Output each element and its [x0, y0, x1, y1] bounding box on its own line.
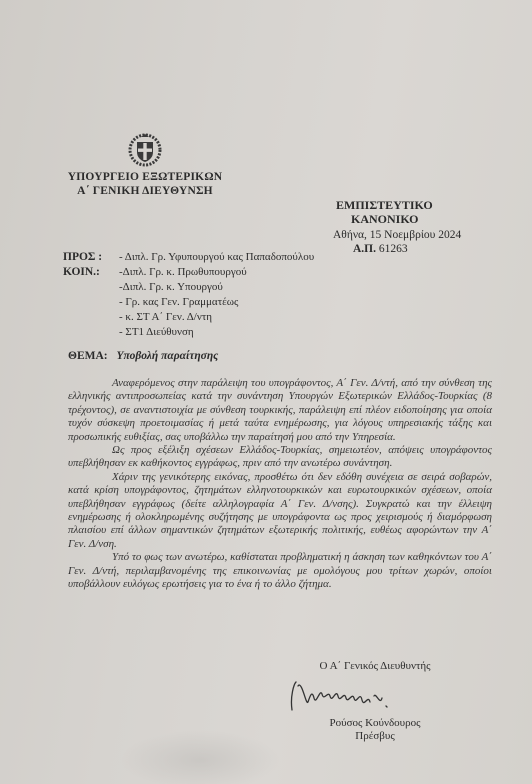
paper-shadow — [120, 730, 280, 784]
body-paragraph: Χάριν της γενικότερης εικόνας, προσθέτω … — [68, 471, 492, 551]
handwritten-signature-icon — [288, 676, 398, 714]
body-paragraph: Αναφερόμενος στην παράλειψη του υπογράφο… — [68, 377, 492, 444]
greek-coat-of-arms-icon — [127, 131, 163, 167]
subject-line: ΘΕΜΑ: Υποβολή παραίτησης — [68, 350, 218, 362]
ministry-name: ΥΠΟΥΡΓΕΙΟ ΕΞΩΤΕΡΙΚΩΝ — [60, 170, 230, 184]
classification-normal: ΚΑΝΟΝΙΚΟ — [336, 212, 433, 226]
issuing-authority: ΥΠΟΥΡΓΕΙΟ ΕΞΩΤΕΡΙΚΩΝ Α΄ ΓΕΝΙΚΗ ΔΙΕΥΘΥΝΣΗ — [60, 170, 230, 198]
letter-body: Αναφερόμενος στην παράλειψη του υπογράφο… — [68, 377, 492, 592]
to-label: ΠΡΟΣ : — [63, 250, 119, 265]
cc-recipient: - κ. ΣΤ Α΄ Γεν. Δ/ντη — [119, 310, 247, 325]
signatory-rank: Πρέσβυς — [300, 730, 450, 743]
cc-recipient: -Διπλ. Γρ. κ. Πρωθυπουργού — [119, 265, 247, 280]
to-recipient: - Διπλ. Γρ. Υφυπουργού κας Παπαδοπούλου — [119, 250, 314, 265]
subject-label: ΘΕΜΑ: — [68, 350, 108, 362]
cc-label: ΚΟΙΝ.: — [63, 265, 119, 340]
department-name: Α΄ ΓΕΝΙΚΗ ΔΙΕΥΘΥΝΣΗ — [60, 184, 230, 198]
subject-value: Υποβολή παραίτησης — [116, 350, 218, 362]
cc-recipient: - ΣΤ1 Διεύθυνση — [119, 325, 247, 340]
classification-confidential: ΕΜΠΙΣΤΕΥΤΙΚΟ — [336, 198, 433, 212]
protocol-value: 61263 — [379, 243, 408, 255]
cc-recipient: - Γρ. κας Γεν. Γραμματέως — [119, 295, 247, 310]
cc-recipient: -Διπλ. Γρ. κ. Υπουργού — [119, 280, 247, 295]
signatory-name: Ρούσος Κούνδουρος — [300, 717, 450, 730]
recipients-block: ΠΡΟΣ : - Διπλ. Γρ. Υφυπουργού κας Παπαδο… — [63, 250, 314, 340]
signatory-block: Ρούσος Κούνδουρος Πρέσβυς — [300, 717, 450, 743]
protocol-number: Α.Π. 61263 — [353, 242, 408, 256]
signatory-title: Ο Α΄ Γενικός Διευθυντής — [300, 660, 450, 672]
document-date: Αθήνα, 15 Νοεμβρίου 2024 — [333, 228, 461, 242]
body-paragraph: Ως προς εξέλιξη σχέσεων Ελλάδος-Τουρκίας… — [68, 444, 492, 471]
protocol-label: Α.Π. — [353, 243, 376, 255]
classification-block: ΕΜΠΙΣΤΕΥΤΙΚΟ ΚΑΝΟΝΙΚΟ — [336, 198, 433, 226]
letter-page: ΥΠΟΥΡΓΕΙΟ ΕΞΩΤΕΡΙΚΩΝ Α΄ ΓΕΝΙΚΗ ΔΙΕΥΘΥΝΣΗ… — [0, 0, 532, 784]
body-paragraph: Υπό το φως των ανωτέρω, καθίσταται προβλ… — [68, 551, 492, 591]
